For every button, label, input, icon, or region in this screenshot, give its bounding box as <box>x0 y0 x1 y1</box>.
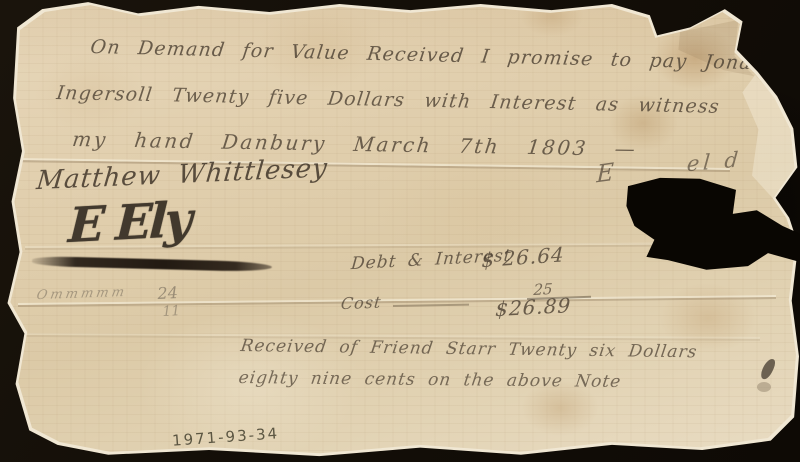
torn-hole <box>0 0 800 462</box>
photo-black-backdrop: On Demand for Value Received I promise t… <box>0 0 800 462</box>
